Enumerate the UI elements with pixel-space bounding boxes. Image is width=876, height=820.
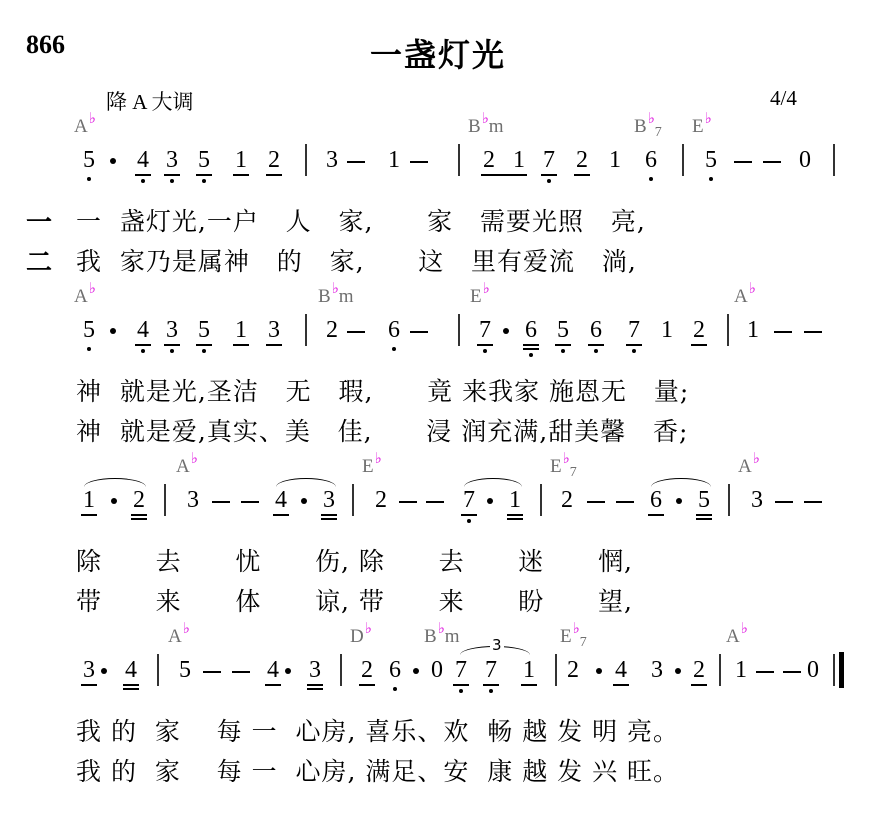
note: 5	[78, 146, 100, 174]
bar-line	[305, 144, 307, 176]
flat-icon: ♭	[332, 281, 339, 297]
flat-icon: ♭	[563, 451, 570, 467]
time-signature: 4/4	[770, 86, 797, 111]
note: 3	[161, 146, 183, 174]
extension-dash	[763, 161, 781, 163]
flat-icon: ♭	[483, 281, 490, 297]
note: 1	[78, 486, 100, 514]
song-title: 一盏灯光	[0, 30, 876, 76]
note: 2	[688, 656, 710, 684]
flat-icon: ♭	[573, 621, 580, 637]
extension-dash	[203, 671, 221, 673]
note: 2	[556, 486, 578, 514]
note: 7	[480, 656, 502, 684]
note: 5	[700, 146, 722, 174]
bar-line	[340, 654, 342, 686]
tie-arc	[464, 478, 522, 487]
flat-icon: ♭	[741, 621, 748, 637]
note: 4	[132, 316, 154, 344]
augmentation-dot	[285, 668, 291, 674]
note: 1	[230, 146, 252, 174]
bar-line	[458, 144, 460, 176]
flat-icon: ♭	[648, 111, 655, 127]
bar-line	[682, 144, 684, 176]
verse-label-2: 二	[26, 242, 52, 279]
chord-symbol: A♭	[74, 286, 96, 308]
bar-line	[164, 484, 166, 516]
flat-icon: ♭	[482, 111, 489, 127]
note: 6	[384, 656, 406, 684]
lyric-line-verse-1: 一 盏灯光,一户 人 家, 家 需要光照 亮,	[76, 202, 646, 238]
extension-dash	[734, 161, 752, 163]
chord-symbol: D♭	[350, 626, 372, 648]
lyric-line-verse-1: 除 去 忧 伤, 除 去 迷 惘,	[76, 542, 633, 578]
note: 0	[794, 146, 816, 174]
flat-icon: ♭	[89, 111, 96, 127]
extension-dash	[783, 671, 801, 673]
extension-dash	[426, 501, 444, 503]
augmentation-dot	[110, 328, 116, 334]
extension-dash	[232, 671, 250, 673]
note: 3	[304, 656, 326, 684]
note: 1	[383, 146, 405, 174]
note: 5	[193, 146, 215, 174]
bar-line	[833, 144, 835, 176]
augmentation-dot	[675, 668, 681, 674]
tie-arc	[651, 478, 711, 487]
chord-symbol: B♭m	[424, 626, 460, 648]
note: 4	[120, 656, 142, 684]
extension-dash	[756, 671, 774, 673]
note: 3	[78, 656, 100, 684]
note: 1	[508, 146, 530, 174]
note: 1	[504, 486, 526, 514]
augmentation-dot	[503, 328, 509, 334]
note: 6	[640, 146, 662, 174]
chord-symbol: B♭7	[634, 116, 662, 138]
flat-icon: ♭	[753, 451, 760, 467]
extension-dash	[774, 331, 792, 333]
note: 2	[263, 146, 285, 174]
extension-dash	[399, 501, 417, 503]
flat-icon: ♭	[705, 111, 712, 127]
chord-symbol: A♭	[734, 286, 756, 308]
note: 2	[571, 146, 593, 174]
note: 4	[270, 486, 292, 514]
chord-symbol: A♭	[74, 116, 96, 138]
triplet-number: 3	[490, 636, 504, 654]
augmentation-dot	[101, 668, 107, 674]
chord-symbol: B♭m	[318, 286, 354, 308]
note: 2	[478, 146, 500, 174]
extension-dash	[212, 501, 230, 503]
note: 2	[321, 316, 343, 344]
bar-line	[727, 314, 729, 346]
bar-line	[728, 484, 730, 516]
note: 2	[688, 316, 710, 344]
note: 6	[383, 316, 405, 344]
bar-line	[157, 654, 159, 686]
chord-symbol: A♭	[168, 626, 190, 648]
lyric-line-verse-2: 带 来 体 谅, 带 来 盼 望,	[76, 582, 633, 618]
note: 3	[263, 316, 285, 344]
flat-icon: ♭	[438, 621, 445, 637]
note: 1	[730, 656, 752, 684]
beam-line	[481, 174, 527, 176]
extension-dash	[616, 501, 634, 503]
note: 1	[742, 316, 764, 344]
note: 7	[474, 316, 496, 344]
note: 7	[458, 486, 480, 514]
note: 5	[552, 316, 574, 344]
augmentation-dot	[301, 498, 307, 504]
note: 2	[370, 486, 392, 514]
chord-symbol: A♭	[176, 456, 198, 478]
note: 5	[693, 486, 715, 514]
note: 6	[645, 486, 667, 514]
lyric-line-verse-2: 我 的 家 每 一 心房, 满足、安 康 越 发 兴 旺。	[76, 752, 679, 788]
tie-arc	[276, 478, 336, 487]
bar-line	[833, 654, 835, 686]
note: 7	[623, 316, 645, 344]
extension-dash	[410, 331, 428, 333]
flat-icon: ♭	[375, 451, 382, 467]
extension-dash	[804, 501, 822, 503]
flat-icon: ♭	[191, 451, 198, 467]
bar-line	[458, 314, 460, 346]
note: 5	[78, 316, 100, 344]
extension-dash	[410, 161, 428, 163]
chord-symbol: E♭7	[550, 456, 577, 478]
note: 5	[174, 656, 196, 684]
extension-dash	[347, 331, 365, 333]
chord-symbol: E♭	[470, 286, 490, 308]
chord-symbol: E♭	[692, 116, 712, 138]
augmentation-dot	[110, 158, 116, 164]
bar-line	[352, 484, 354, 516]
note: 2	[128, 486, 150, 514]
extension-dash	[775, 501, 793, 503]
note: 3	[646, 656, 668, 684]
flat-icon: ♭	[749, 281, 756, 297]
final-bar-line	[839, 652, 844, 688]
flat-icon: ♭	[183, 621, 190, 637]
augmentation-dot	[596, 668, 602, 674]
bar-line	[540, 484, 542, 516]
note: 4	[262, 656, 284, 684]
note: 3	[182, 486, 204, 514]
tie-arc	[84, 478, 146, 487]
note: 4	[132, 146, 154, 174]
note: 7	[538, 146, 560, 174]
note: 1	[604, 146, 626, 174]
chord-symbol: A♭	[738, 456, 760, 478]
extension-dash	[347, 161, 365, 163]
note: 2	[356, 656, 378, 684]
augmentation-dot	[487, 498, 493, 504]
extension-dash	[241, 501, 259, 503]
bar-line	[719, 654, 721, 686]
lyric-line-verse-1: 我 的 家 每 一 心房, 喜乐、欢 畅 越 发 明 亮。	[76, 712, 679, 748]
note: 1	[518, 656, 540, 684]
extension-dash	[804, 331, 822, 333]
note: 3	[318, 486, 340, 514]
note: 3	[161, 316, 183, 344]
bar-line	[305, 314, 307, 346]
note: 4	[610, 656, 632, 684]
bar-line	[555, 654, 557, 686]
note: 5	[193, 316, 215, 344]
note: 1	[230, 316, 252, 344]
chord-symbol: B♭m	[468, 116, 504, 138]
note: 6	[520, 316, 542, 344]
note: 0	[426, 656, 448, 684]
lyric-line-verse-2: 我 家乃是属神 的 家, 这 里有爱流 淌,	[76, 242, 637, 278]
augmentation-dot	[676, 498, 682, 504]
note: 7	[450, 656, 472, 684]
flat-icon: ♭	[365, 621, 372, 637]
key-signature: 降 A 大调	[106, 86, 194, 116]
lyric-line-verse-2: 神 就是爱,真实、美 佳, 浸 润充满,甜美馨 香;	[76, 412, 688, 448]
note: 6	[585, 316, 607, 344]
flat-icon: ♭	[89, 281, 96, 297]
note: 0	[802, 656, 824, 684]
lyric-line-verse-1: 神 就是光,圣洁 无 瑕, 竟 来我家 施恩无 量;	[76, 372, 689, 408]
augmentation-dot	[413, 668, 419, 674]
extension-dash	[587, 501, 605, 503]
note: 3	[746, 486, 768, 514]
chord-symbol: E♭7	[560, 626, 587, 648]
note: 3	[321, 146, 343, 174]
note: 1	[656, 316, 678, 344]
note: 2	[562, 656, 584, 684]
augmentation-dot	[111, 498, 117, 504]
chord-symbol: A♭	[726, 626, 748, 648]
verse-label-1: 一	[26, 202, 52, 239]
chord-symbol: E♭	[362, 456, 382, 478]
